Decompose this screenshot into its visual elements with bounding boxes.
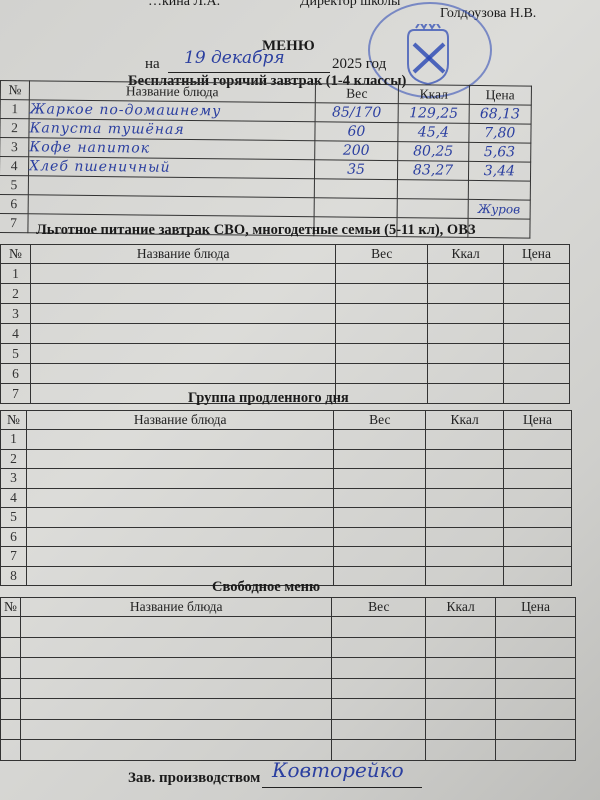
row-num: 8 (1, 566, 27, 586)
row-num: 5 (0, 176, 29, 195)
dish-weight (336, 324, 428, 344)
dish-weight (334, 508, 426, 528)
dish-name (30, 344, 335, 364)
row-num (1, 617, 21, 638)
dish-weight (334, 488, 426, 508)
dish-kcal (398, 180, 468, 200)
dish-kcal (426, 527, 504, 547)
dish-weight (332, 617, 426, 638)
row-num: 3 (0, 138, 29, 157)
dish-price (504, 508, 572, 528)
table-row (1, 719, 576, 740)
dish-kcal: 80,25 (398, 142, 468, 162)
dish-kcal (426, 449, 504, 469)
dish-kcal (428, 284, 504, 304)
col-num: № (1, 411, 27, 430)
row-num (1, 678, 21, 699)
date-prefix: на (145, 56, 160, 73)
dish-weight (334, 566, 426, 586)
dish-price (496, 637, 576, 658)
row-num: 6 (1, 364, 31, 384)
dish-price (504, 324, 570, 344)
free-breakfast-table: № Название блюда Вес Ккал Цена 1 Жаркое … (0, 80, 532, 239)
dish-name (26, 508, 333, 528)
dish-kcal (428, 344, 504, 364)
approver-name: …кина Л.А. (148, 0, 220, 10)
dish-kcal: 83,27 (398, 161, 468, 181)
dish-price: 7,80 (468, 123, 531, 143)
row-num: 5 (1, 344, 31, 364)
dish-weight (334, 449, 426, 469)
year-label: 2025 год (332, 56, 386, 73)
dish-kcal (426, 719, 496, 740)
dish-weight (336, 284, 428, 304)
col-kcal: Ккал (426, 598, 496, 617)
dish-kcal (426, 678, 496, 699)
dish-name (26, 469, 333, 489)
dish-price (496, 699, 576, 720)
dish-name (30, 284, 335, 304)
dish-price (496, 617, 576, 638)
row-num: 3 (1, 469, 27, 489)
dish-name (30, 264, 335, 284)
dish-weight (332, 678, 426, 699)
dish-kcal (426, 469, 504, 489)
dish-kcal (428, 264, 504, 284)
table-row: 4 (1, 324, 570, 344)
production-manager-signature: Ковторейко (272, 758, 404, 782)
col-weight: Вес (334, 411, 426, 430)
row-num: 7 (0, 213, 28, 232)
col-price: Цена (504, 245, 570, 264)
dish-name (20, 617, 331, 638)
dish-price (504, 566, 572, 586)
table-row (1, 740, 576, 761)
dish-weight: 60 (315, 122, 399, 142)
table-row (1, 617, 576, 638)
row-num (1, 637, 21, 658)
dish-weight (334, 527, 426, 547)
row-num (1, 699, 21, 720)
col-weight: Вес (315, 84, 399, 104)
dish-name (26, 488, 333, 508)
col-kcal: Ккал (399, 85, 469, 105)
dish-kcal (426, 637, 496, 658)
dish-price (504, 364, 570, 384)
dish-weight (336, 264, 428, 284)
dish-kcal (426, 740, 496, 761)
dish-weight (336, 304, 428, 324)
dish-weight (332, 658, 426, 679)
dish-price (504, 264, 570, 284)
table-row (1, 678, 576, 699)
dish-name (20, 719, 331, 740)
extended-day-table: №Название блюдаВесКкалЦена12345678 (0, 410, 572, 586)
dish-price (504, 547, 572, 567)
dish-name (20, 637, 331, 658)
col-name: Название блюда (20, 598, 331, 617)
dish-kcal (426, 658, 496, 679)
col-num: № (0, 81, 29, 100)
dish-price (504, 304, 570, 324)
dish-name (26, 449, 333, 469)
col-weight: Вес (336, 245, 428, 264)
row-num: 4 (1, 488, 27, 508)
dish-weight (334, 547, 426, 567)
date-handwritten: 19 декабря (184, 48, 285, 68)
dish-weight (336, 344, 428, 364)
dish-kcal (426, 430, 504, 450)
table-row (1, 637, 576, 658)
row-num (1, 719, 21, 740)
dish-name (20, 658, 331, 679)
dish-price (496, 658, 576, 679)
col-kcal: Ккал (426, 411, 504, 430)
dish-name (26, 547, 333, 567)
col-price: Цена (469, 85, 532, 105)
dish-price (467, 218, 530, 238)
row-num: 4 (1, 324, 31, 344)
col-name: Название блюда (26, 411, 333, 430)
row-num: 5 (1, 508, 27, 528)
dish-price (504, 527, 572, 547)
table-row: 2 (1, 449, 572, 469)
dish-kcal (426, 547, 504, 567)
section-title-preferential: Льготное питание завтрак СВО, многодетны… (36, 222, 476, 239)
dish-kcal: 45,4 (398, 123, 468, 143)
table-header-row: №Название блюдаВесКкалЦена (1, 598, 576, 617)
dish-price (504, 469, 572, 489)
row-num: 2 (1, 284, 31, 304)
col-num: № (1, 245, 31, 264)
row-num: 4 (0, 157, 29, 176)
row-num: 3 (1, 304, 31, 324)
dish-price (468, 180, 531, 200)
production-manager-label: Зав. производством (128, 770, 260, 787)
dish-kcal (426, 617, 496, 638)
row-num: 1 (1, 430, 27, 450)
dish-kcal (428, 324, 504, 344)
dish-name (20, 678, 331, 699)
dish-kcal (426, 699, 496, 720)
col-weight: Вес (332, 598, 426, 617)
dish-weight: 85/170 (315, 103, 399, 123)
col-price: Цена (504, 411, 572, 430)
dish-price (496, 678, 576, 699)
director-label: Директор школы (300, 0, 400, 10)
dish-weight (314, 179, 398, 199)
row-num: 7 (1, 384, 31, 404)
section-title-free-menu: Свободное меню (212, 579, 320, 596)
table-row: 3 (1, 304, 570, 324)
dish-kcal (426, 566, 504, 586)
table-row: 6 (1, 364, 570, 384)
dish-price: 5,63 (468, 142, 531, 162)
dish-weight: 200 (314, 141, 398, 161)
free-menu-table: №Название блюдаВесКкалЦена (0, 597, 576, 761)
dish-price (504, 384, 570, 404)
col-num: № (1, 598, 21, 617)
dish-name (26, 527, 333, 547)
table-row: 6 (1, 527, 572, 547)
dish-weight (336, 384, 428, 404)
dish-weight (332, 637, 426, 658)
table-row: 5 (1, 344, 570, 364)
dish-name (30, 364, 335, 384)
preferential-table: №Название блюдаВесКкалЦена1234567 (0, 244, 570, 404)
table-row (1, 699, 576, 720)
table-header-row: №Название блюдаВесКкалЦена (1, 411, 572, 430)
dish-price (504, 344, 570, 364)
dish-weight (334, 469, 426, 489)
table-row: 5 (1, 508, 572, 528)
table-row: 1 (1, 430, 572, 450)
dish-name (20, 699, 331, 720)
row-num (1, 740, 21, 761)
dish-kcal (426, 508, 504, 528)
dish-weight (332, 699, 426, 720)
dish-weight (334, 430, 426, 450)
dish-price (504, 284, 570, 304)
row-num: 6 (0, 194, 28, 213)
dish-price (504, 449, 572, 469)
dish-price (496, 719, 576, 740)
dish-kcal (428, 364, 504, 384)
table-row: 1 (1, 264, 570, 284)
menu-document: …кина Л.А. Директор школы Голдоузова Н.В… (0, 0, 600, 800)
dish-weight: 35 (314, 160, 398, 180)
dish-name (30, 304, 335, 324)
col-name: Название блюда (30, 245, 335, 264)
col-price: Цена (496, 598, 576, 617)
dish-price: 3,44 (468, 161, 531, 181)
dish-name (26, 430, 333, 450)
table-row: 4 (1, 488, 572, 508)
dish-price (504, 430, 572, 450)
dish-weight (332, 719, 426, 740)
table-row: 7 (1, 547, 572, 567)
row-num (1, 658, 21, 679)
row-num: 1 (0, 100, 29, 119)
dish-weight (314, 198, 398, 218)
table-header-row: №Название блюдаВесКкалЦена (1, 245, 570, 264)
table-signature: Журов (468, 199, 531, 219)
dish-price (496, 740, 576, 761)
dish-weight (332, 740, 426, 761)
dish-kcal: 129,25 (398, 104, 468, 124)
section-title-extended-day: Группа продленного дня (188, 390, 349, 407)
dish-kcal (428, 304, 504, 324)
dish-name (20, 740, 331, 761)
table-row: 2 (1, 284, 570, 304)
dish-kcal (426, 488, 504, 508)
dish-kcal (397, 199, 467, 219)
table-row (1, 658, 576, 679)
dish-kcal (428, 384, 504, 404)
col-kcal: Ккал (428, 245, 504, 264)
row-num: 2 (1, 449, 27, 469)
row-num: 7 (1, 547, 27, 567)
signature-underline (262, 787, 422, 788)
table-row: 3 (1, 469, 572, 489)
row-num: 1 (1, 264, 31, 284)
row-num: 2 (0, 119, 29, 138)
row-num: 6 (1, 527, 27, 547)
dish-name (30, 324, 335, 344)
dish-price (504, 488, 572, 508)
dish-weight (336, 364, 428, 384)
dish-price: 68,13 (469, 104, 532, 124)
